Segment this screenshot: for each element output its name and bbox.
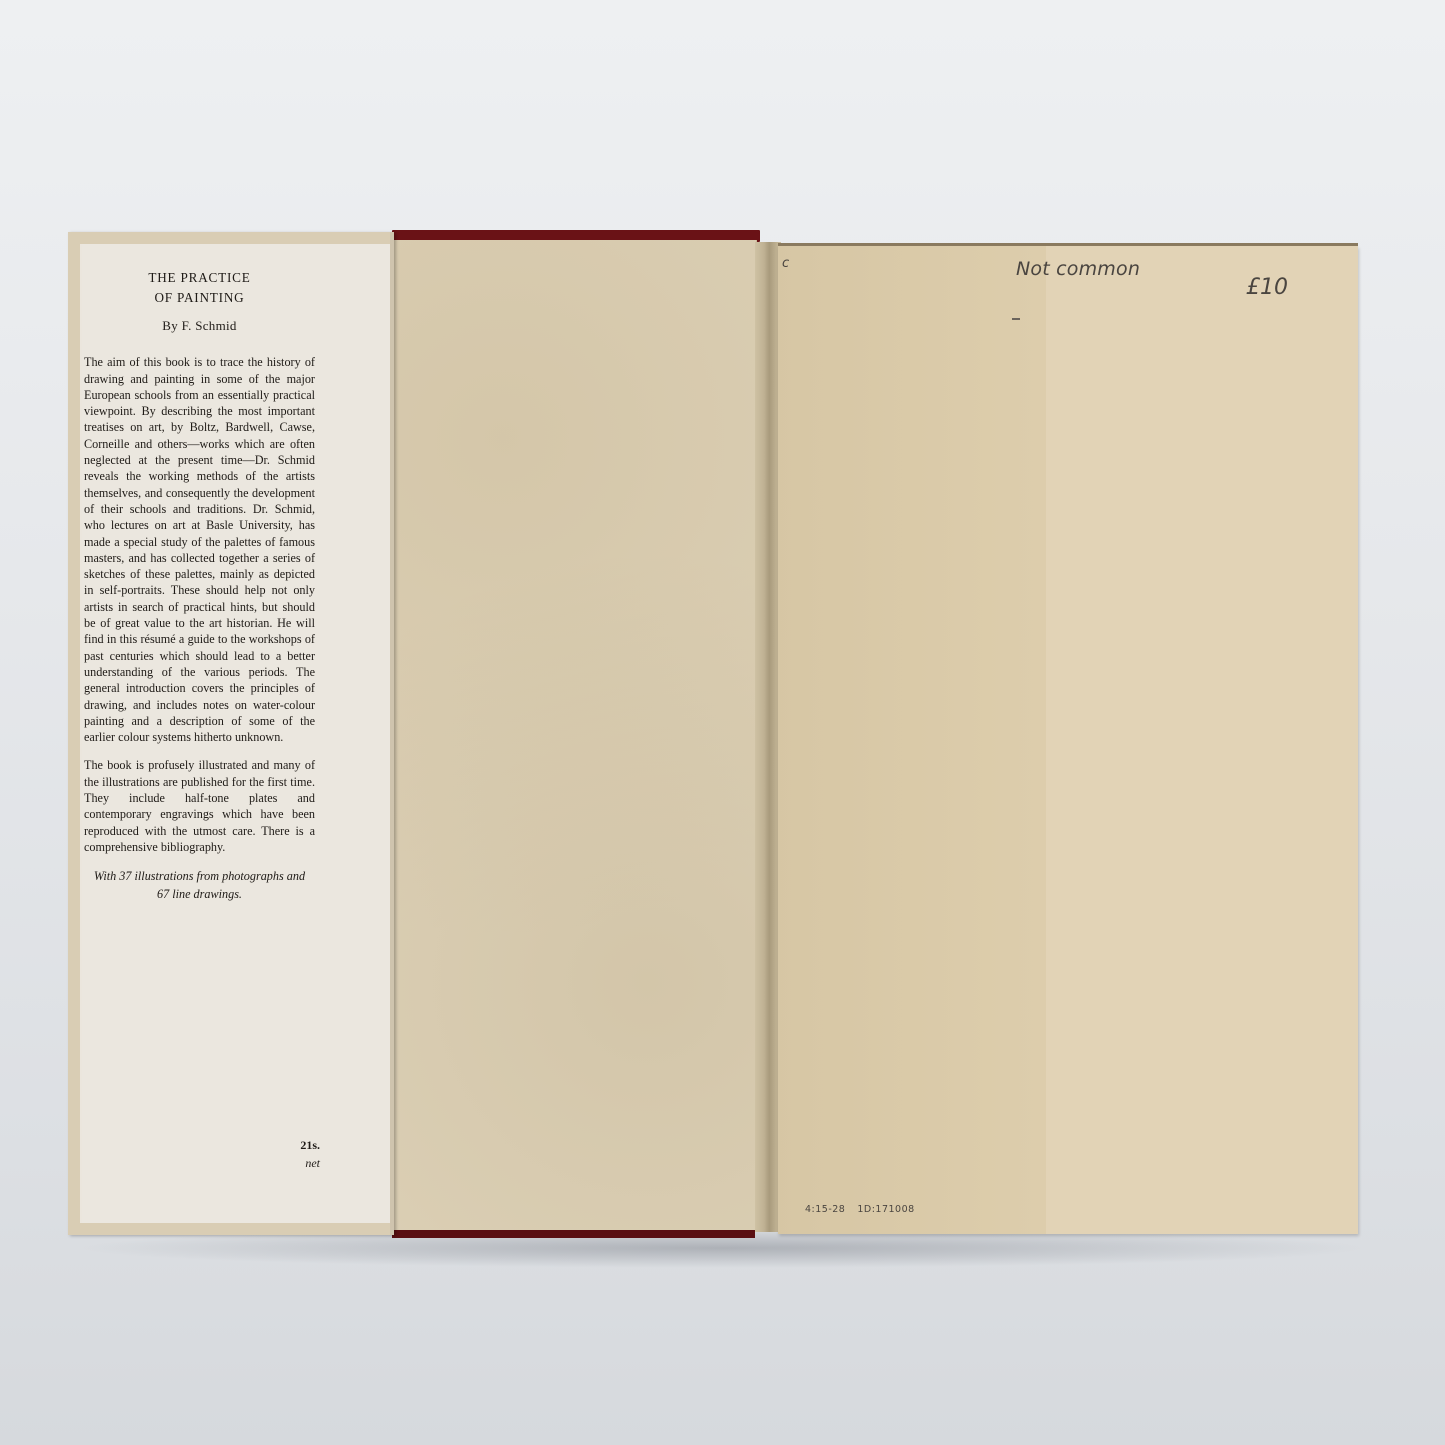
book-author: By F. Schmid — [84, 318, 315, 334]
pencil-corner-mark: c — [782, 256, 789, 271]
pencil-price-note: £10 — [1246, 275, 1288, 300]
price-amount: 21s. — [300, 1138, 320, 1152]
front-pastedown-endpaper — [394, 240, 757, 1230]
jacket-flap-text: THE PRACTICE OF PAINTING By F. Schmid Th… — [84, 268, 315, 903]
price-net-label: net — [305, 1156, 320, 1170]
blurb-paragraph-2: The book is profusely illustrated and ma… — [84, 757, 315, 855]
pencil-code-left: 4:15-28 — [805, 1204, 845, 1215]
illustrations-note-line-1: With 37 illustrations from photographs a… — [94, 869, 305, 883]
pencil-dash-mark — [1012, 318, 1020, 320]
illustrations-note: With 37 illustrations from photographs a… — [84, 867, 315, 903]
jacket-price: 21s. net — [280, 1136, 320, 1172]
jacket-flap-fold-edge — [390, 232, 394, 1235]
blurb-paragraph-1: The aim of this book is to trace the his… — [84, 354, 315, 745]
free-endpaper-page — [778, 246, 1358, 1234]
illustrations-note-line-2: 67 line drawings. — [157, 887, 242, 901]
book-photo-scene: THE PRACTICE OF PAINTING By F. Schmid Th… — [0, 0, 1445, 1445]
pencil-inventory-code: 4:15-281D:171008 — [805, 1204, 915, 1215]
book-title-line-1: THE PRACTICE — [148, 270, 250, 285]
book-title: THE PRACTICE OF PAINTING — [84, 268, 315, 308]
pencil-rarity-note: Not common — [1016, 258, 1140, 280]
toned-band — [778, 246, 1046, 1234]
book-title-line-2: OF PAINTING — [154, 290, 244, 305]
pencil-code-right: 1D:171008 — [857, 1204, 914, 1215]
